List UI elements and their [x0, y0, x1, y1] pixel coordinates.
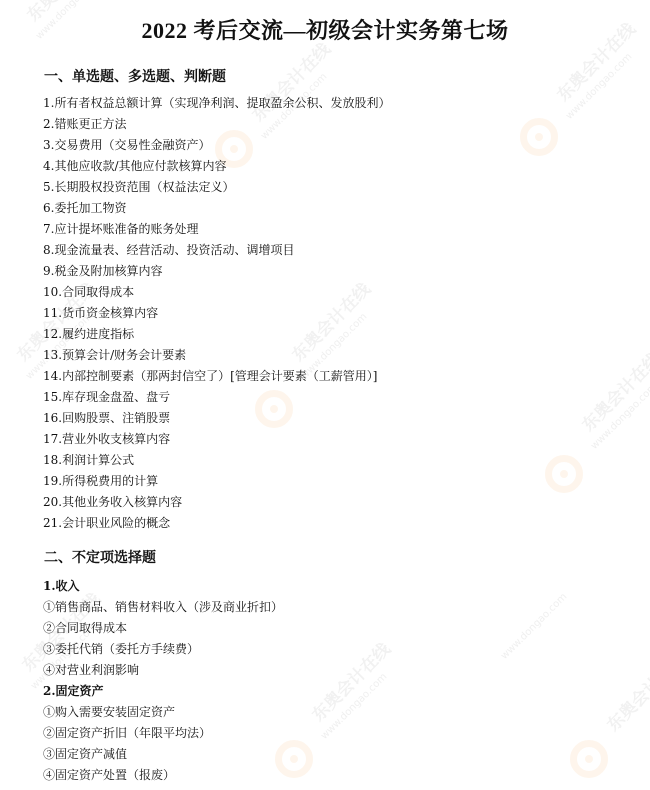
list-item: 13.预算会计/财务会计要素 [43, 345, 390, 366]
list-item: 5.长期股权投资范围（权益法定义） [43, 177, 390, 198]
watermark: 东奥会计在线 www.dongao.com [545, 400, 650, 490]
list-item: 7.应计提坏账准备的账务处理 [43, 219, 390, 240]
list-item: 14.内部控制要素（那两封信空了）[管理会计要素（工薪管用）] [43, 366, 390, 387]
watermark-url: www.dongao.com [564, 51, 634, 121]
list-item: ④对营业利润影响 [43, 660, 283, 681]
list-item: 9.税金及附加核算内容 [43, 261, 390, 282]
watermark-logo-icon [520, 118, 558, 156]
list-item: ④固定资产处置（报废） [43, 765, 283, 786]
watermark-brand: 东奥会计在线 [305, 636, 395, 726]
list-item: 12.履约进度指标 [43, 324, 390, 345]
watermark: 东奥会计在线 www.dongao.com [275, 690, 395, 780]
indefinite-choice-list: 1.收入 ①销售商品、销售材料收入（涉及商业折扣） ②合同取得成本 ③委托代销（… [43, 576, 283, 786]
group-title-revenue: 1.收入 [43, 576, 283, 597]
list-item: 21.会计职业风险的概念 [43, 513, 390, 534]
watermark-logo-icon [570, 740, 608, 778]
list-item: 8.现金流量表、经营活动、投资活动、调增项目 [43, 240, 390, 261]
list-item: 11.货币资金核算内容 [43, 303, 390, 324]
list-item: 6.委托加工物资 [43, 198, 390, 219]
list-item: ①购入需要安装固定资产 [43, 702, 283, 723]
watermark-url: www.dongao.com [319, 671, 389, 741]
list-item: ①销售商品、销售材料收入（涉及商业折扣） [43, 597, 283, 618]
list-item: 16.回购股票、注销股票 [43, 408, 390, 429]
list-item: ③固定资产减值 [43, 744, 283, 765]
watermark-logo-icon [545, 455, 583, 493]
watermark-brand: 东奥会计在线 [600, 646, 650, 736]
list-item: 20.其他业务收入核算内容 [43, 492, 390, 513]
list-item: 19.所得税费用的计算 [43, 471, 390, 492]
section-heading-indefinite-choice: 二、不定项选择题 [44, 547, 156, 567]
list-item: 2.错账更正方法 [43, 114, 390, 135]
list-item: 10.合同取得成本 [43, 282, 390, 303]
watermark-url: www.dongao.com [499, 591, 569, 661]
list-item: 18.利润计算公式 [43, 450, 390, 471]
list-item: 17.营业外收支核算内容 [43, 429, 390, 450]
watermark-brand: 东奥会计在线 [575, 346, 650, 436]
list-item: ③委托代销（委托方手续费） [43, 639, 283, 660]
objective-topic-list: 1.所有者权益总额计算（实现净利润、提取盈余公积、发放股利） 2.错账更正方法 … [43, 93, 390, 534]
watermark: 东奥会计在线 www.dongao.com [520, 70, 640, 160]
watermark-url: www.dongao.com [589, 381, 650, 451]
list-item: 3.交易费用（交易性金融资产） [43, 135, 390, 156]
list-item: 1.所有者权益总额计算（实现净利润、提取盈余公积、发放股利） [43, 93, 390, 114]
list-item: 15.库存现金盘盈、盘亏 [43, 387, 390, 408]
section-heading-objective: 一、单选题、多选题、判断题 [44, 66, 226, 86]
document-title: 2022 考后交流—初级会计实务第七场 [0, 14, 650, 45]
list-item: ②固定资产折旧（年限平均法） [43, 723, 283, 744]
watermark: 东奥会计在线 [570, 700, 650, 790]
watermark: www.dongao.com [455, 610, 575, 700]
list-item: ②合同取得成本 [43, 618, 283, 639]
group-title-fixed-assets: 2.固定资产 [43, 681, 283, 702]
list-item: 4.其他应收款/其他应付款核算内容 [43, 156, 390, 177]
